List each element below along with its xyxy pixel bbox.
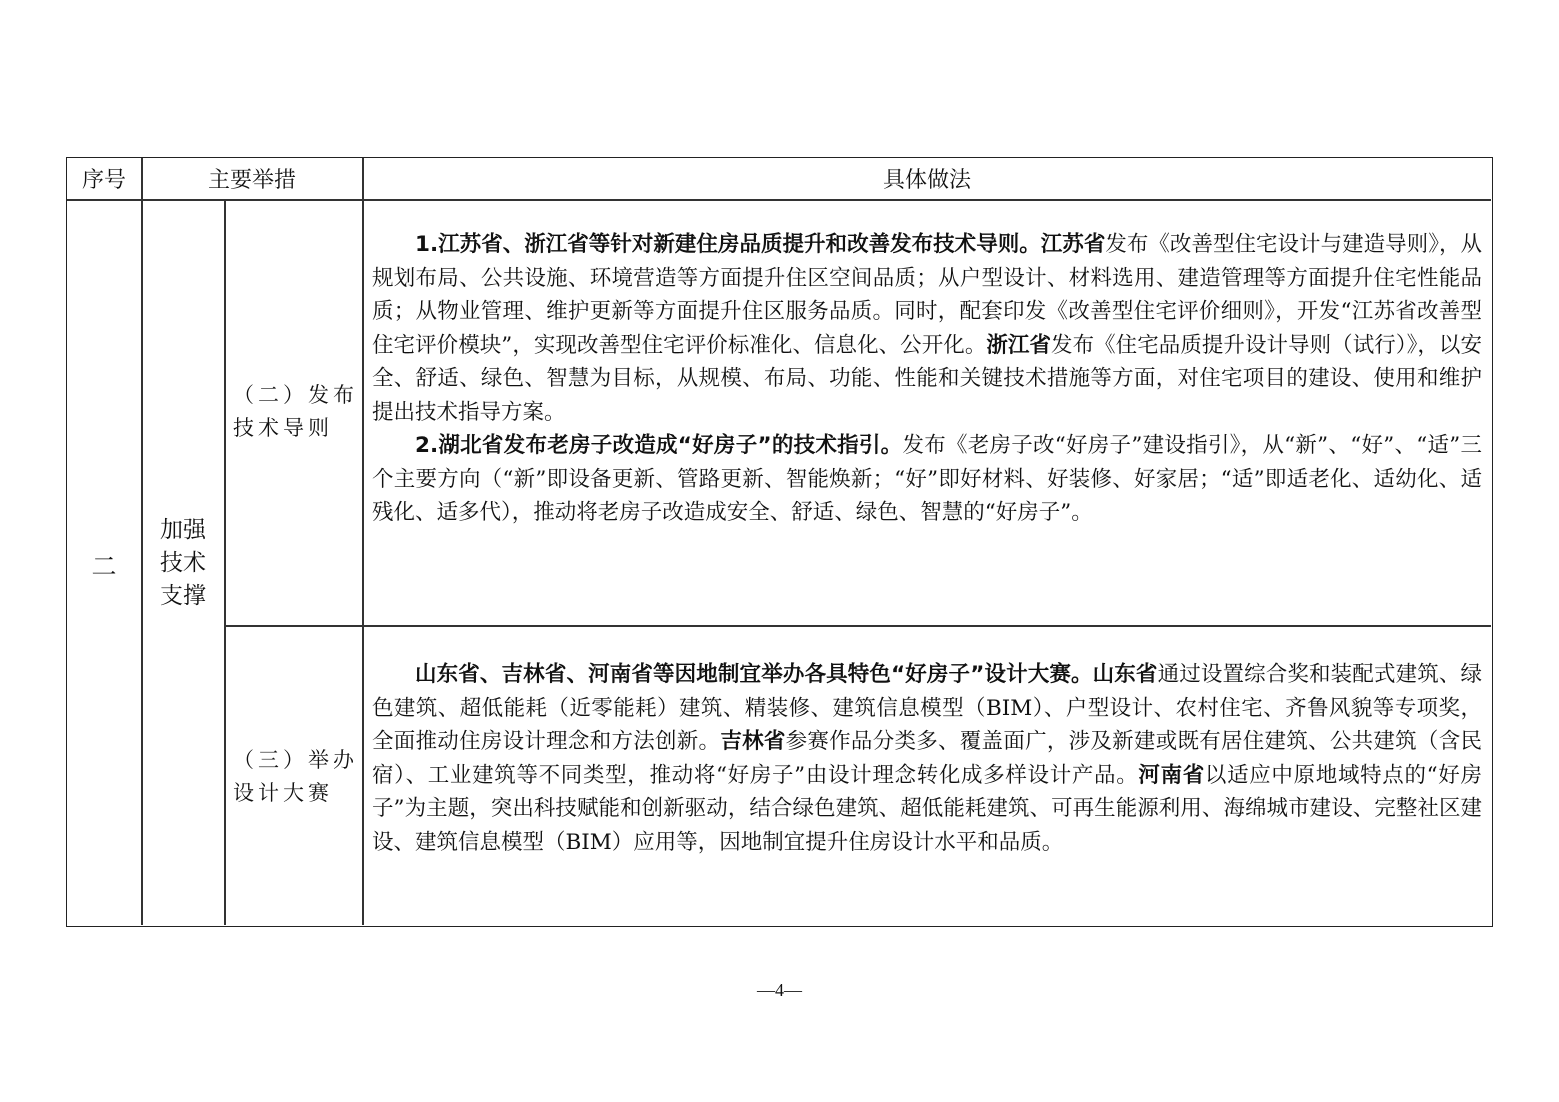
sub-measure-guidelines: （二）发布 技术导则 <box>233 379 361 445</box>
province-name: 河南省 <box>1138 763 1205 788</box>
province-name: 山东省 <box>1093 662 1158 687</box>
practice-design-contest: 山东省、吉林省、河南省等因地制宜举办各具特色“好房子”设计大赛。山东省通过设置综… <box>372 658 1482 859</box>
paragraph-jiangsu-zhejiang: 1.江苏省、浙江省等针对新建住房品质提升和改善发布技术导则。江苏省发布《改善型住… <box>372 228 1482 429</box>
row-divider <box>224 625 1491 627</box>
bold-lead: 1.江苏省、浙江省等针对新建住房品质提升和改善发布技术导则。 <box>415 232 1041 257</box>
header-measure: 主要举措 <box>142 158 362 199</box>
section-index: 二 <box>67 548 141 582</box>
sub-measure-line: 设计大赛 <box>233 777 361 810</box>
province-name: 江苏省 <box>1041 232 1106 257</box>
measures-table: 序号 主要举措 具体做法 二 加强 技术 支撑 （二）发布 技术导则 （三）举办… <box>66 157 1493 927</box>
section-measure: 加强 技术 支撑 <box>142 514 224 613</box>
section-measure-line: 技术 <box>142 547 224 580</box>
col-divider <box>362 158 364 925</box>
bold-lead: 2.湖北省发布老房子改造成“好房子”的技术指引。 <box>415 433 902 458</box>
header-divider <box>67 199 1491 201</box>
sub-measure-line: （三）举办 <box>233 744 361 777</box>
sub-measure-line: 技术导则 <box>233 412 361 445</box>
col-divider <box>224 199 226 925</box>
page-number: —4— <box>0 980 1559 1001</box>
section-measure-line: 支撑 <box>142 580 224 613</box>
paragraph-hubei: 2.湖北省发布老房子改造成“好房子”的技术指引。发布《老房子改“好房子”建设指引… <box>372 429 1482 530</box>
province-name: 吉林省 <box>720 729 785 754</box>
section-measure-line: 加强 <box>142 514 224 547</box>
practice-guidelines: 1.江苏省、浙江省等针对新建住房品质提升和改善发布技术导则。江苏省发布《改善型住… <box>372 228 1482 530</box>
sub-measure-line: （二）发布 <box>233 379 361 412</box>
sub-measure-design-contest: （三）举办 设计大赛 <box>233 744 361 810</box>
header-practice: 具体做法 <box>363 158 1491 199</box>
bold-lead: 山东省、吉林省、河南省等因地制宜举办各具特色“好房子”设计大赛。 <box>415 662 1093 687</box>
province-name: 浙江省 <box>986 333 1051 358</box>
paragraph-design-contest: 山东省、吉林省、河南省等因地制宜举办各具特色“好房子”设计大赛。山东省通过设置综… <box>372 658 1482 859</box>
header-index: 序号 <box>67 158 141 199</box>
